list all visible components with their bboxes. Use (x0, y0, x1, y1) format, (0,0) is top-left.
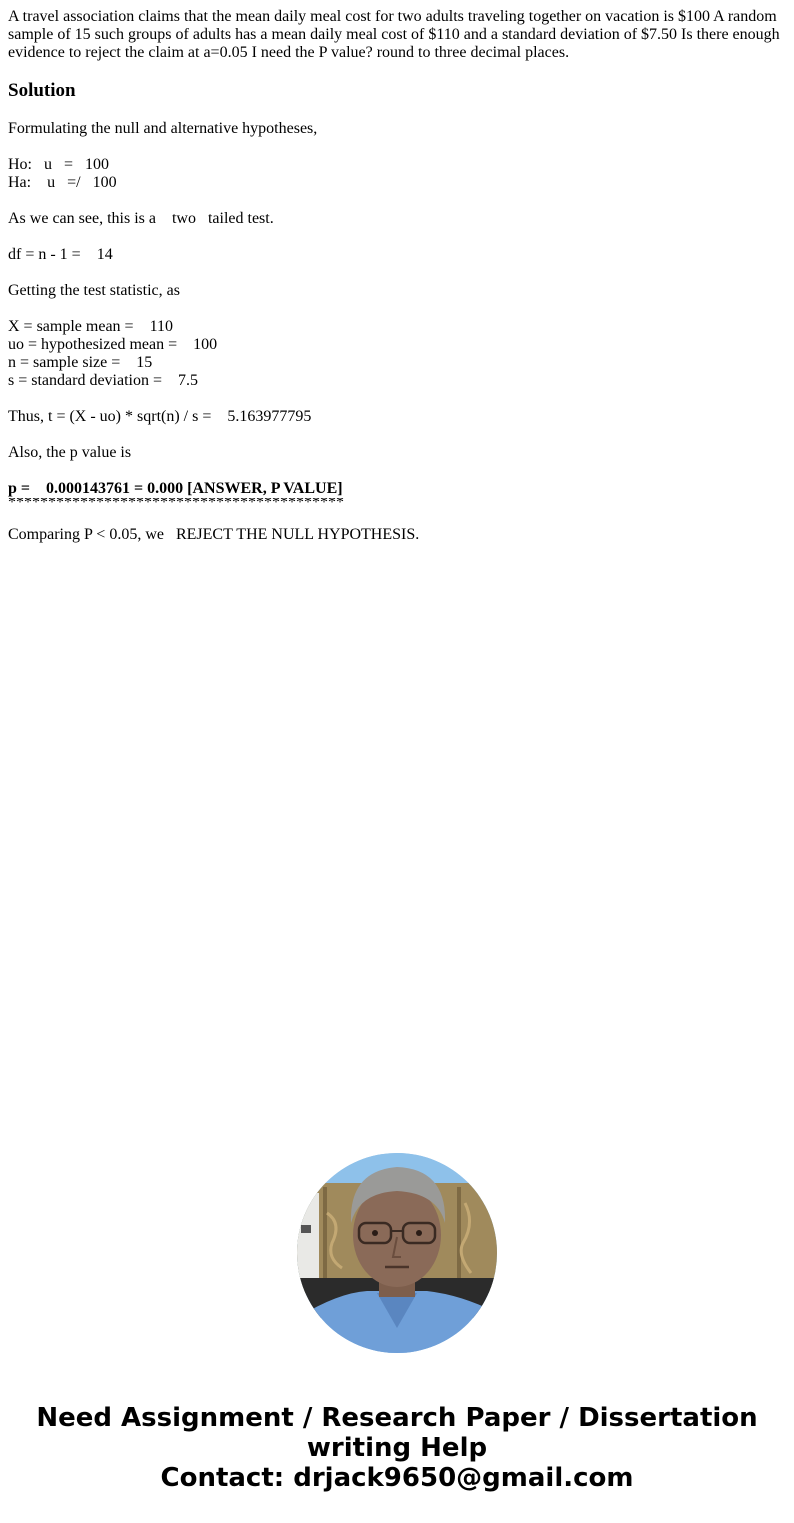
alternative-hypothesis: Ha: u =/ 100 (8, 174, 786, 192)
null-hypothesis: Ho: u = 100 (8, 156, 786, 174)
avatar (297, 1153, 497, 1353)
spacer (8, 462, 786, 480)
p-value-intro: Also, the p value is (8, 444, 786, 462)
param-hypothesized-mean: uo = hypothesized mean = 100 (8, 336, 786, 354)
conclusion: Comparing P < 0.05, we REJECT THE NULL H… (8, 526, 786, 544)
footer-line-1: Need Assignment / Research Paper / Disse… (0, 1403, 794, 1433)
spacer (8, 426, 786, 444)
spacer (8, 192, 786, 210)
spacer (8, 390, 786, 408)
footer-line-2: writing Help (0, 1433, 794, 1463)
test-statistic-intro: Getting the test statistic, as (8, 282, 786, 300)
footer-promo: Need Assignment / Research Paper / Disse… (0, 1403, 794, 1493)
hypotheses-intro: Formulating the null and alternative hyp… (8, 120, 786, 138)
question-text: A travel association claims that the mea… (8, 8, 786, 62)
test-type: As we can see, this is a two tailed test… (8, 210, 786, 228)
document-body: A travel association claims that the mea… (8, 8, 786, 544)
spacer (8, 228, 786, 246)
separator-stars: ****************************************… (8, 498, 786, 508)
solution-heading: Solution (8, 80, 786, 102)
avatar-photo (297, 1153, 497, 1353)
t-statistic: Thus, t = (X - uo) * sqrt(n) / s = 5.163… (8, 408, 786, 426)
param-sample-size: n = sample size = 15 (8, 354, 786, 372)
spacer (8, 508, 786, 526)
p-value-answer: p = 0.000143761 = 0.000 [ANSWER, P VALUE… (8, 480, 786, 498)
spacer (8, 138, 786, 156)
param-standard-deviation: s = standard deviation = 7.5 (8, 372, 786, 390)
degrees-of-freedom: df = n - 1 = 14 (8, 246, 786, 264)
footer-contact: Contact: drjack9650@gmail.com (0, 1463, 794, 1493)
param-sample-mean: X = sample mean = 110 (8, 318, 786, 336)
spacer (8, 300, 786, 318)
spacer (8, 264, 786, 282)
